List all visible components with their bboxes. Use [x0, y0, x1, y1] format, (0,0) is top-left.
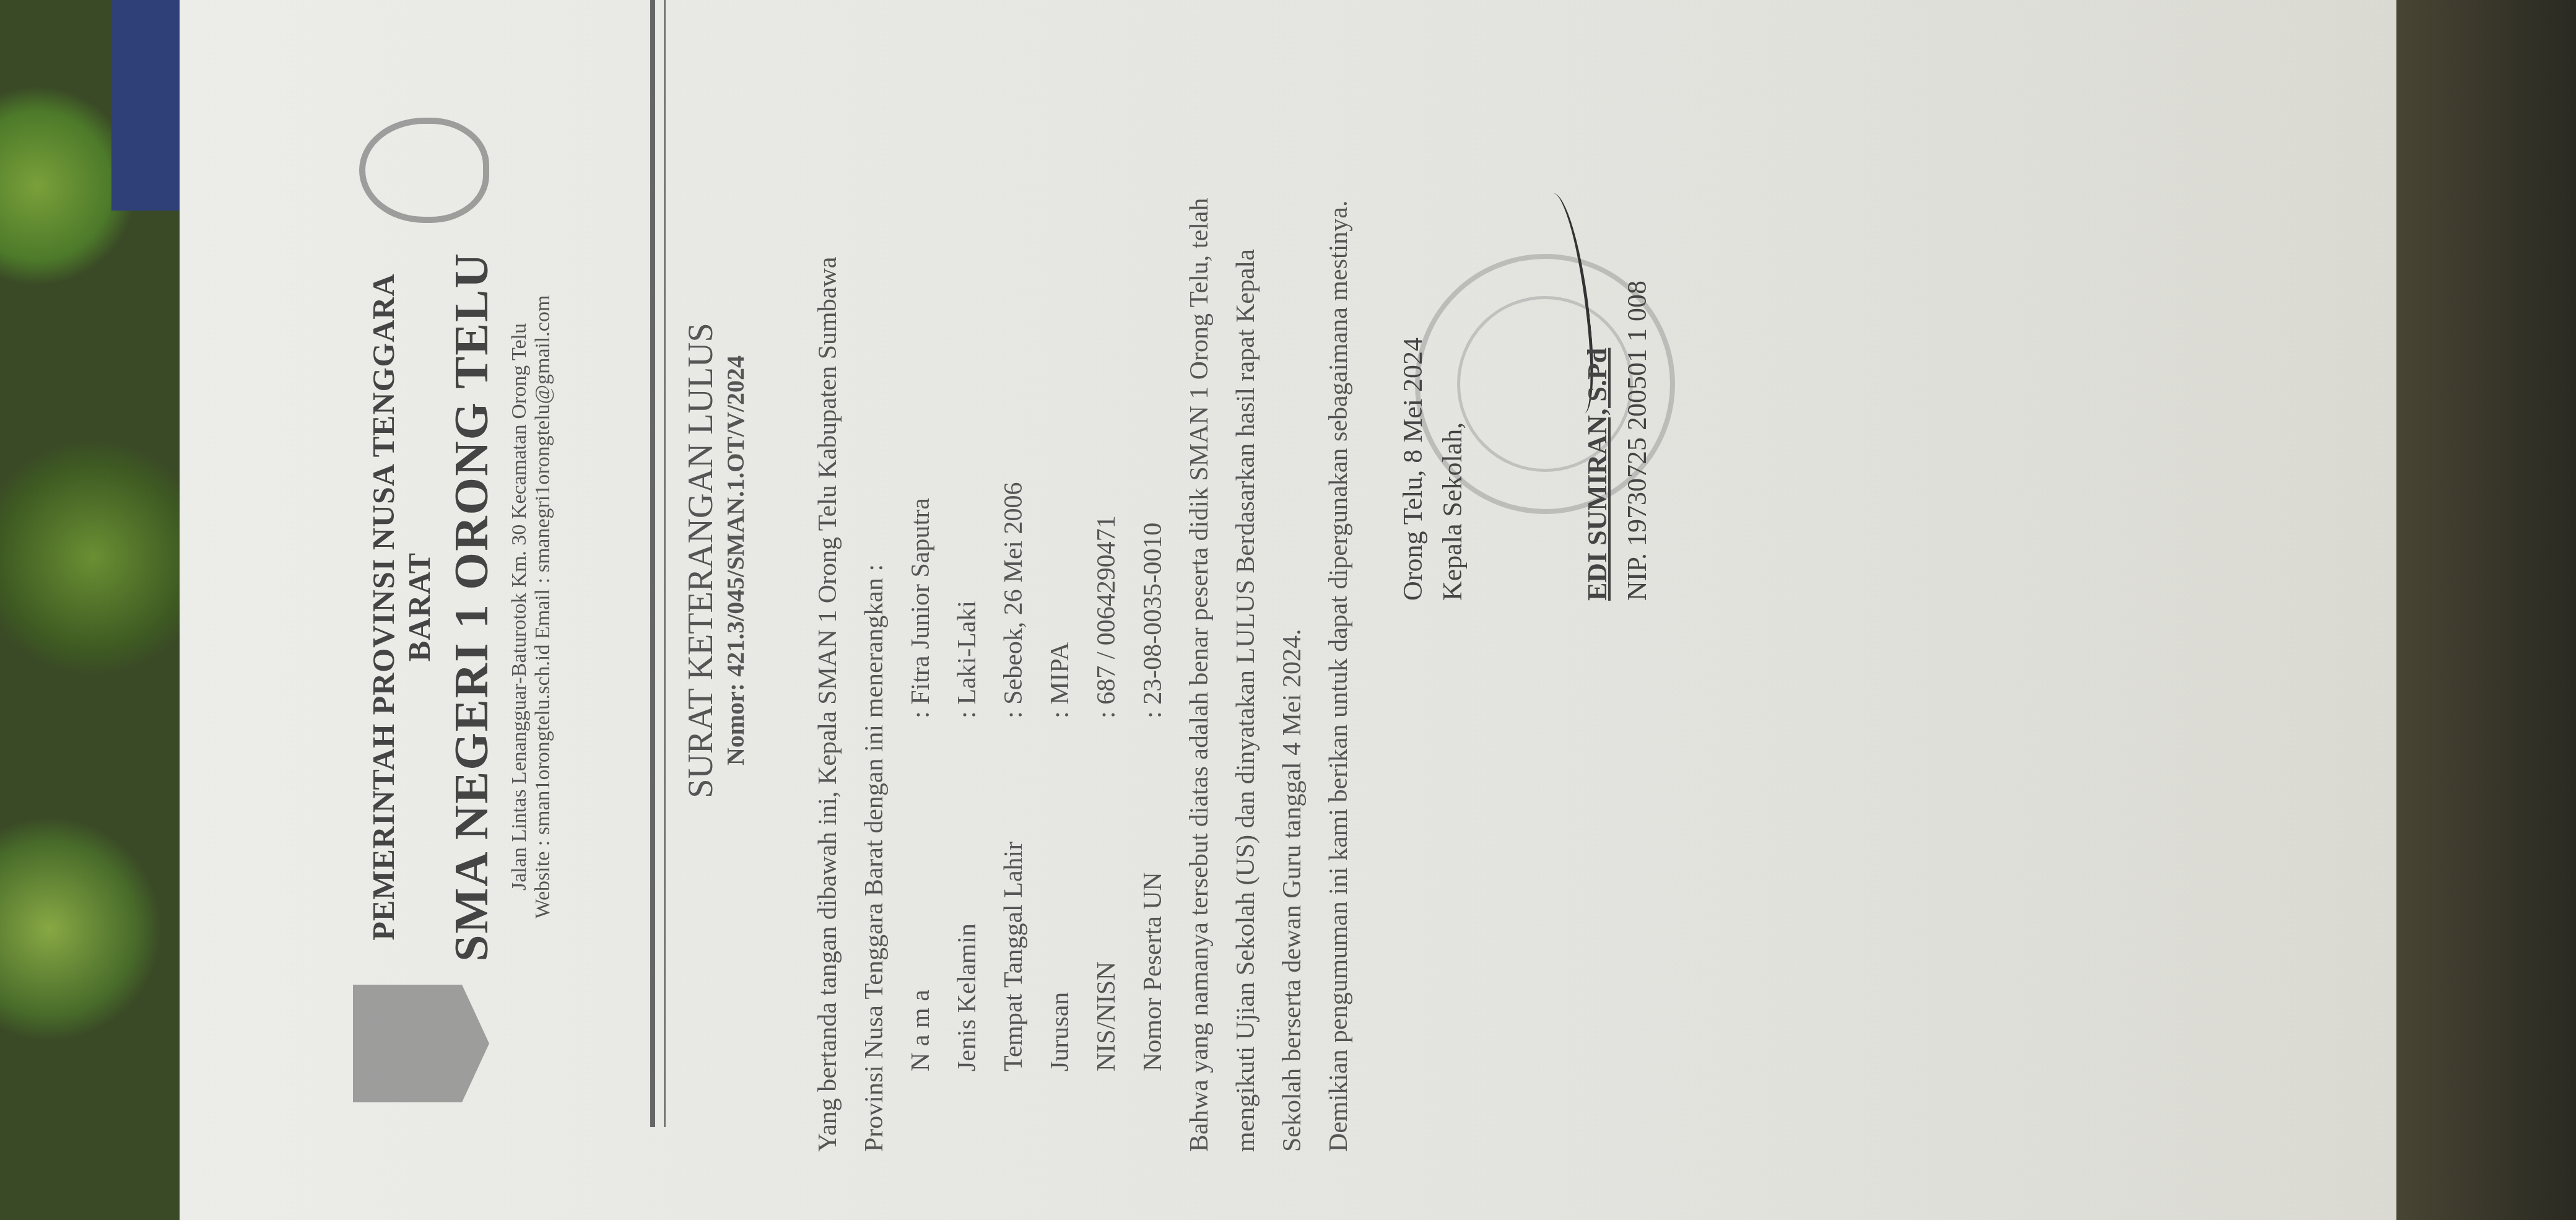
- school-emblem-icon: [359, 118, 489, 223]
- detail-value: : 23-08-0035-0010: [1130, 0, 1177, 718]
- intro-line-2: Provinsi Nusa Tenggara Barat dengan ini …: [851, 0, 898, 1152]
- detail-row: Jurusan: MIPA: [1037, 0, 1084, 1152]
- letterhead-contact: Website : sman1orongtelu.sch.id Email : …: [531, 229, 555, 985]
- detail-row: Tempat Tanggal Lahir: Sebeok, 26 Mei 200…: [991, 0, 1037, 1152]
- detail-row: N a m a: Fitra Junior Saputra: [898, 0, 944, 1152]
- detail-row: Nomor Peserta UN: 23-08-0035-0010: [1130, 0, 1177, 1152]
- signature-place-date: Orong Telu, 8 Mei 2024: [1393, 43, 1433, 601]
- letterhead-school-name: SMA NEGERI 1 ORONG TELU: [443, 229, 499, 985]
- detail-label: NIS/NISN: [1084, 718, 1130, 1152]
- background-right: [2390, 0, 2576, 1220]
- title-number: Nomor: 421.3/045/SMAN.1.OT/V/2024: [721, 0, 750, 1127]
- detail-value: : 687 / 0064290471: [1084, 0, 1130, 718]
- detail-label: Tempat Tanggal Lahir: [991, 718, 1037, 1152]
- letterhead-address: Jalan Lintas Lenangguar-Baturotok Km. 30…: [508, 229, 531, 985]
- detail-value: : Fitra Junior Saputra: [898, 0, 944, 718]
- detail-label: Jenis Kelamin: [944, 718, 991, 1152]
- statement-line-1: Bahwa yang namanya tersebut diatas adala…: [1177, 0, 1223, 1152]
- document-content: PEMERINTAH PROVINSI NUSA TENGGARA BARAT …: [180, 0, 2223, 1220]
- intro-line-1: Yang bertanda tangan dibawah ini, Kepala…: [805, 0, 851, 1152]
- document-body: Yang bertanda tangan dibawah ini, Kepala…: [805, 0, 1362, 1152]
- document-title: SURAT KETERANGAN LULUS Nomor: 421.3/045/…: [681, 0, 750, 1127]
- detail-label: Nomor Peserta UN: [1130, 718, 1177, 1152]
- detail-row: NIS/NISN: 687 / 0064290471: [1084, 0, 1130, 1152]
- letterhead-divider: [650, 0, 666, 1127]
- detail-label: N a m a: [898, 718, 944, 1152]
- detail-row: Jenis Kelamin: Laki-Laki: [944, 0, 991, 1152]
- letterhead-government: PEMERINTAH PROVINSI NUSA TENGGARA BARAT: [365, 229, 437, 985]
- detail-label: Jurusan: [1037, 718, 1084, 1152]
- province-emblem-icon: [353, 985, 489, 1102]
- statement-line-3: Sekolah berserta dewan Guru tanggal 4 Me…: [1269, 0, 1316, 1152]
- detail-value: : Sebeok, 26 Mei 2006: [991, 0, 1037, 718]
- statement-line-2: mengikuti Ujian Sekolah (US) dan dinyata…: [1223, 0, 1269, 1152]
- student-details: N a m a: Fitra Junior Saputra Jenis Kela…: [898, 0, 1177, 1152]
- detail-value: : Laki-Laki: [944, 0, 991, 718]
- signature-name: EDI SUMIRAN, S.Pd: [1578, 43, 1617, 601]
- detail-value: : MIPA: [1037, 0, 1084, 718]
- background-blue-cloth: [111, 0, 186, 211]
- title-heading: SURAT KETERANGAN LULUS: [681, 0, 721, 1127]
- signature-position: Kepala Sekolah,: [1433, 43, 1473, 601]
- signature-nip: NIP. 19730725 200501 1 008: [1617, 43, 1657, 601]
- signature-block: Orong Telu, 8 Mei 2024 Kepala Sekolah, E…: [1393, 43, 1657, 601]
- letterhead: PEMERINTAH PROVINSI NUSA TENGGARA BARAT …: [365, 229, 555, 985]
- closing-line: Demikian pengumuman ini kami berikan unt…: [1316, 0, 1362, 1152]
